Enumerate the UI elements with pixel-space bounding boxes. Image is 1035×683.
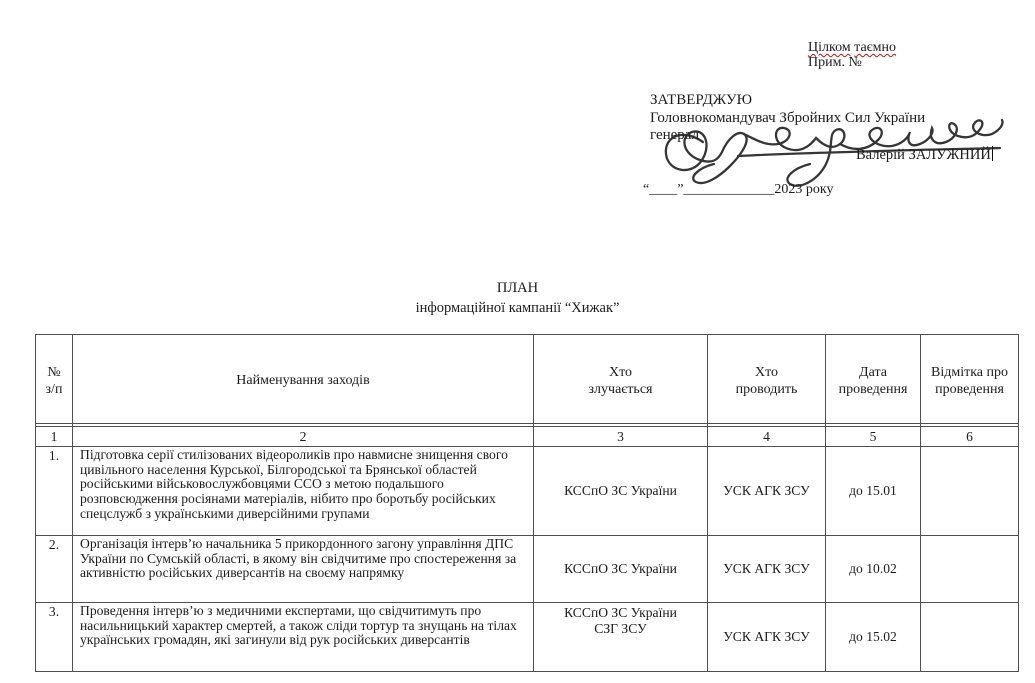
column-numbering-row: 1 2 3 4 5 6 — [36, 427, 1019, 447]
cell-mark — [921, 603, 1019, 672]
secrecy-word-1: Цілком — [808, 40, 851, 55]
approval-date-line: “____”_____________2023 року — [643, 182, 834, 198]
cell-activity: Організація інтерв’ю начальника 5 прикор… — [73, 536, 534, 603]
cell-row-number: 2. — [36, 536, 73, 603]
cell-involved: КССпО ЗС України — [534, 447, 708, 536]
title-line-2: інформаційної кампанії “Хижак” — [0, 298, 1035, 318]
document-page: Цілком таємно Прим. № ЗАТВЕРДЖУЮ Головно… — [0, 0, 1035, 683]
secrecy-stamp: Цілком таємно Прим. № — [808, 40, 896, 70]
cell-date: до 15.01 — [826, 447, 921, 536]
cell-conducts: УСК АГК ЗСУ — [708, 447, 826, 536]
col-num-5: 5 — [826, 427, 921, 447]
cell-activity: Проведення інтерв’ю з медичними експерта… — [73, 603, 534, 672]
header-cell-involved: Хто злучається — [534, 335, 708, 427]
cell-date: до 10.02 — [826, 536, 921, 603]
header-cell-activity: Найменування заходів — [73, 335, 534, 427]
approval-heading: ЗАТВЕРДЖУЮ — [650, 92, 925, 110]
cell-row-number: 3. — [36, 603, 73, 672]
col-num-6: 6 — [921, 427, 1019, 447]
cell-activity: Підготовка серії стилізованих відеоролик… — [73, 447, 534, 536]
cell-mark — [921, 536, 1019, 603]
cell-involved: КССпО ЗС України — [534, 536, 708, 603]
header-cell-date: Дата проведення — [826, 335, 921, 427]
col-num-2: 2 — [73, 427, 534, 447]
secrecy-line: Цілком таємно — [808, 40, 896, 55]
document-title: ПЛАН інформаційної кампанії “Хижак” — [0, 278, 1035, 318]
title-line-1: ПЛАН — [0, 278, 1035, 298]
cell-conducts: УСК АГК ЗСУ — [708, 536, 826, 603]
header-cell-mark: Відмітка про проведення — [921, 335, 1019, 427]
table-row: 3. Проведення інтерв’ю з медичними експе… — [36, 603, 1019, 672]
table-header-row: № з/п Найменування заходів Хто злучаєтьс… — [36, 335, 1019, 427]
text-cursor — [992, 146, 994, 161]
header-cell-conducts: Хто проводить — [708, 335, 826, 427]
col-num-4: 4 — [708, 427, 826, 447]
col-num-1: 1 — [36, 427, 73, 447]
cell-row-number: 1. — [36, 447, 73, 536]
copy-number-line: Прим. № — [808, 55, 896, 70]
cell-mark — [921, 447, 1019, 536]
cell-conducts: УСК АГК ЗСУ — [708, 603, 826, 672]
cell-date: до 15.02 — [826, 603, 921, 672]
secrecy-word-2: таємно — [854, 40, 896, 55]
table-row: 1. Підготовка серії стилізованих відеоро… — [36, 447, 1019, 536]
header-cell-number: № з/п — [36, 335, 73, 427]
cell-involved: КССпО ЗС України СЗГ ЗСУ — [534, 603, 708, 672]
signer-name: Валерій ЗАЛУЖНИЙ — [856, 147, 991, 163]
table-double-rule — [35, 423, 1018, 424]
table-row: 2. Організація інтерв’ю начальника 5 при… — [36, 536, 1019, 603]
signer-name-line: Валерій ЗАЛУЖНИЙ — [856, 146, 993, 164]
plan-table: № з/п Найменування заходів Хто злучаєтьс… — [35, 334, 1019, 672]
col-num-3: 3 — [534, 427, 708, 447]
